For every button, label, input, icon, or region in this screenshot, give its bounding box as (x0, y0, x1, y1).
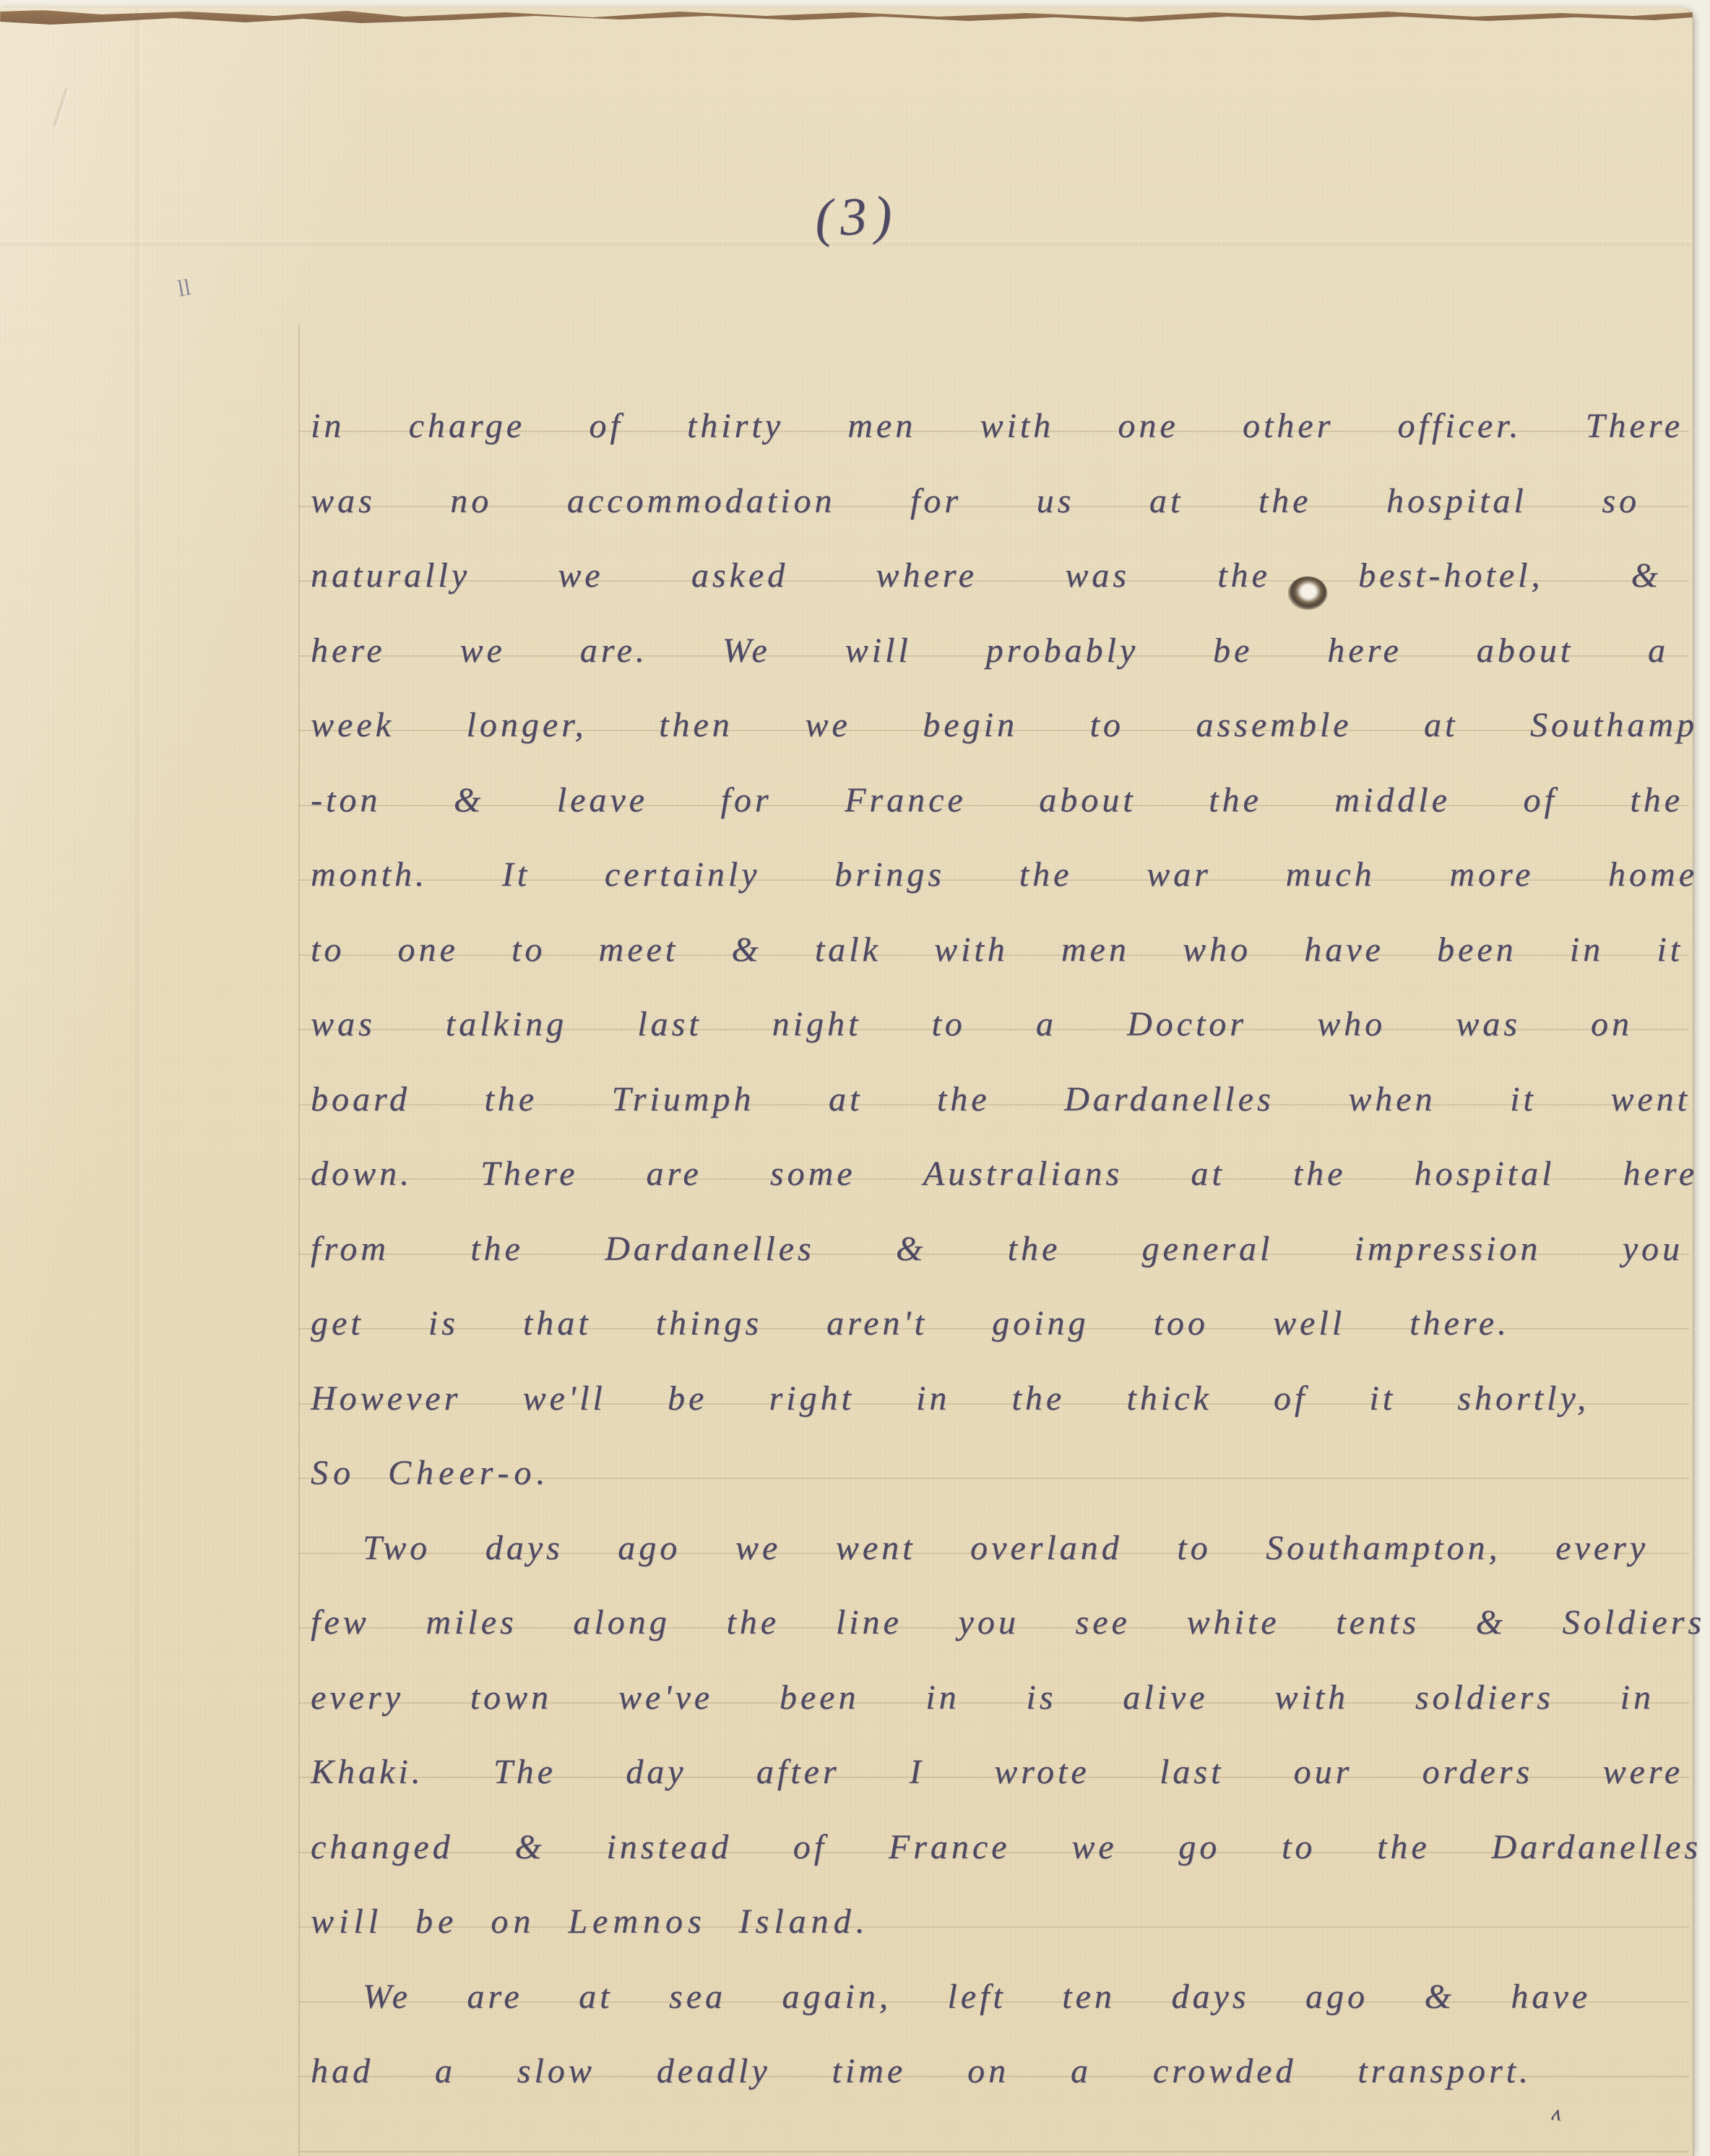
handwritten-line: here we are. We will probably be here ab… (311, 613, 1669, 689)
handwritten-line: get is that things aren't going too well… (311, 1286, 1510, 1361)
handwritten-line: month. It certainly brings the war much … (311, 837, 1698, 913)
handwritten-line: We are at sea again, left ten days ago &… (311, 1959, 1591, 2035)
handwritten-line: -ton & leave for France about the middle… (311, 763, 1683, 838)
handwritten-line: every town we've been in is alive with s… (311, 1660, 1654, 1735)
handwritten-line: was no accommodation for us at the hospi… (311, 464, 1640, 539)
handwritten-line: had a slow deadly time on a crowded tran… (311, 2034, 1532, 2109)
handwritten-line: from the Dardanelles & the general impre… (311, 1212, 1683, 1287)
stray-pen-tick: ll (176, 274, 193, 303)
paper-tear-mark (53, 87, 70, 128)
handwritten-line: week longer, then we begin to assemble a… (311, 688, 1698, 763)
handwritten-line: board the Triumph at the Dardanelles whe… (311, 1062, 1690, 1137)
handwritten-line: few miles along the line you see white t… (311, 1585, 1705, 1660)
handwritten-line: in charge of thirty men with one other o… (311, 389, 1683, 464)
vertical-fold-crease (134, 7, 144, 2156)
torn-top-edge (0, 10, 1693, 26)
handwritten-line: down. There are some Australians at the … (311, 1137, 1698, 1212)
handwritten-text-block: in charge of thirty men with one other o… (311, 389, 1701, 2109)
handwritten-line: Khaki. The day after I wrote last our or… (311, 1735, 1683, 1810)
handwritten-line: will be on Lemnos Island. (311, 1884, 1701, 1959)
rule-line (298, 2151, 1689, 2152)
handwritten-line: changed & instead of France we go to the… (311, 1810, 1701, 1885)
handwritten-line: Two days ago we went overland to Southam… (311, 1511, 1649, 1586)
letter-paper-sheet: (3) ll in charge of thirty men with one … (0, 7, 1694, 2156)
scanned-letter-page: { "document": { "page_number": "(3)", "l… (0, 0, 1710, 2156)
page-number: (3) (813, 184, 901, 250)
handwritten-line: was talking last night to a Doctor who w… (311, 987, 1633, 1062)
handwritten-line: naturally we asked where was the best-ho… (311, 538, 1662, 613)
left-margin-rule (298, 325, 300, 2156)
handwritten-line: So Cheer-o. (311, 1436, 1701, 1511)
stray-caret-mark: ʌ (1550, 2100, 1563, 2126)
handwritten-line: However we'll be right in the thick of i… (311, 1361, 1589, 1436)
handwritten-line: to one to meet & talk with men who have … (311, 913, 1683, 988)
